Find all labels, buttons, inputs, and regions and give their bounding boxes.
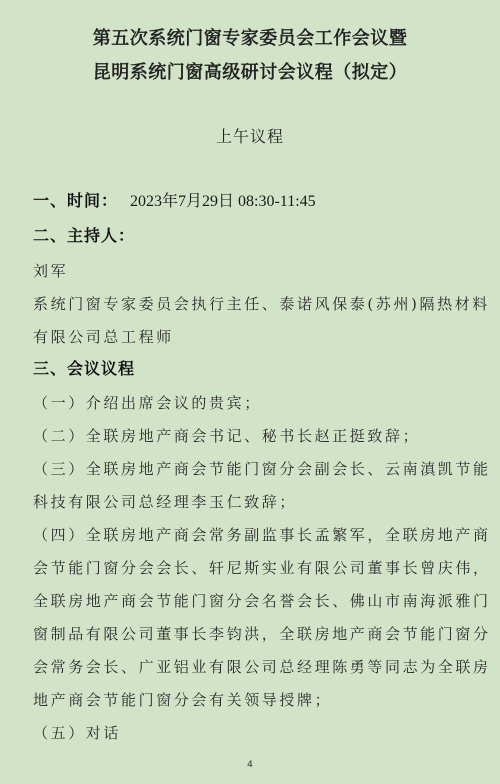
time-heading: 一、时间： [33,191,118,210]
host-heading: 二、主持人： [33,226,135,246]
time-row: 一、时间：2023年7月29日 08:30-11:45 [33,191,316,212]
agenda-item-4-line3: 全联房地产商会节能门窗分会名誉会长、佛山市南海派雅门 [33,591,491,611]
page-number: 4 [0,760,500,770]
agenda-item-4-line5: 会常务会长、广亚铝业有限公司总经理陈勇等同志为全联房 [33,657,491,677]
time-value: 2023年7月29日 08:30-11:45 [130,193,316,210]
agenda-item-2: （二）全联房地产商会书记、秘书长赵正挺致辞； [33,426,420,446]
agenda-item-4-line4: 窗制品有限公司董事长李钧洪，全联房地产商会节能门窗分 [33,624,491,644]
agenda-item-4-line2: 会节能门窗分会会长、轩尼斯实业有限公司董事长曾庆伟， [33,558,491,578]
host-title-line2: 有限公司总工程师 [33,327,174,347]
agenda-item-5: （五）对话 [33,723,121,743]
document-title-line2: 昆明系统门窗高级研讨会议程（拟定） [0,58,500,84]
agenda-heading: 三、会议议程 [33,359,135,379]
agenda-item-3-line1: （三）全联房地产商会节能门窗分会副会长、云南滇凯节能 [33,459,491,479]
host-name: 刘军 [33,261,68,281]
document-page: 第五次系统门窗专家委员会工作会议暨 昆明系统门窗高级研讨会议程（拟定） 上午议程… [0,0,500,784]
agenda-item-1: （一）介绍出席会议的贵宾； [33,393,262,413]
host-title-line1: 系统门窗专家委员会执行主任、泰诺风保泰(苏州)隔热材料 [33,294,490,314]
document-title-line1: 第五次系统门窗专家委员会工作会议暨 [0,24,500,50]
agenda-item-3-line2: 科技有限公司总经理李玉仁致辞； [33,492,297,512]
section-subtitle: 上午议程 [0,124,500,147]
agenda-item-4-line1: （四）全联房地产商会常务副监事长孟繁军，全联房地产商 [33,525,491,545]
agenda-item-4-line6: 地产商会节能门窗分会有关领导授牌； [33,690,332,710]
